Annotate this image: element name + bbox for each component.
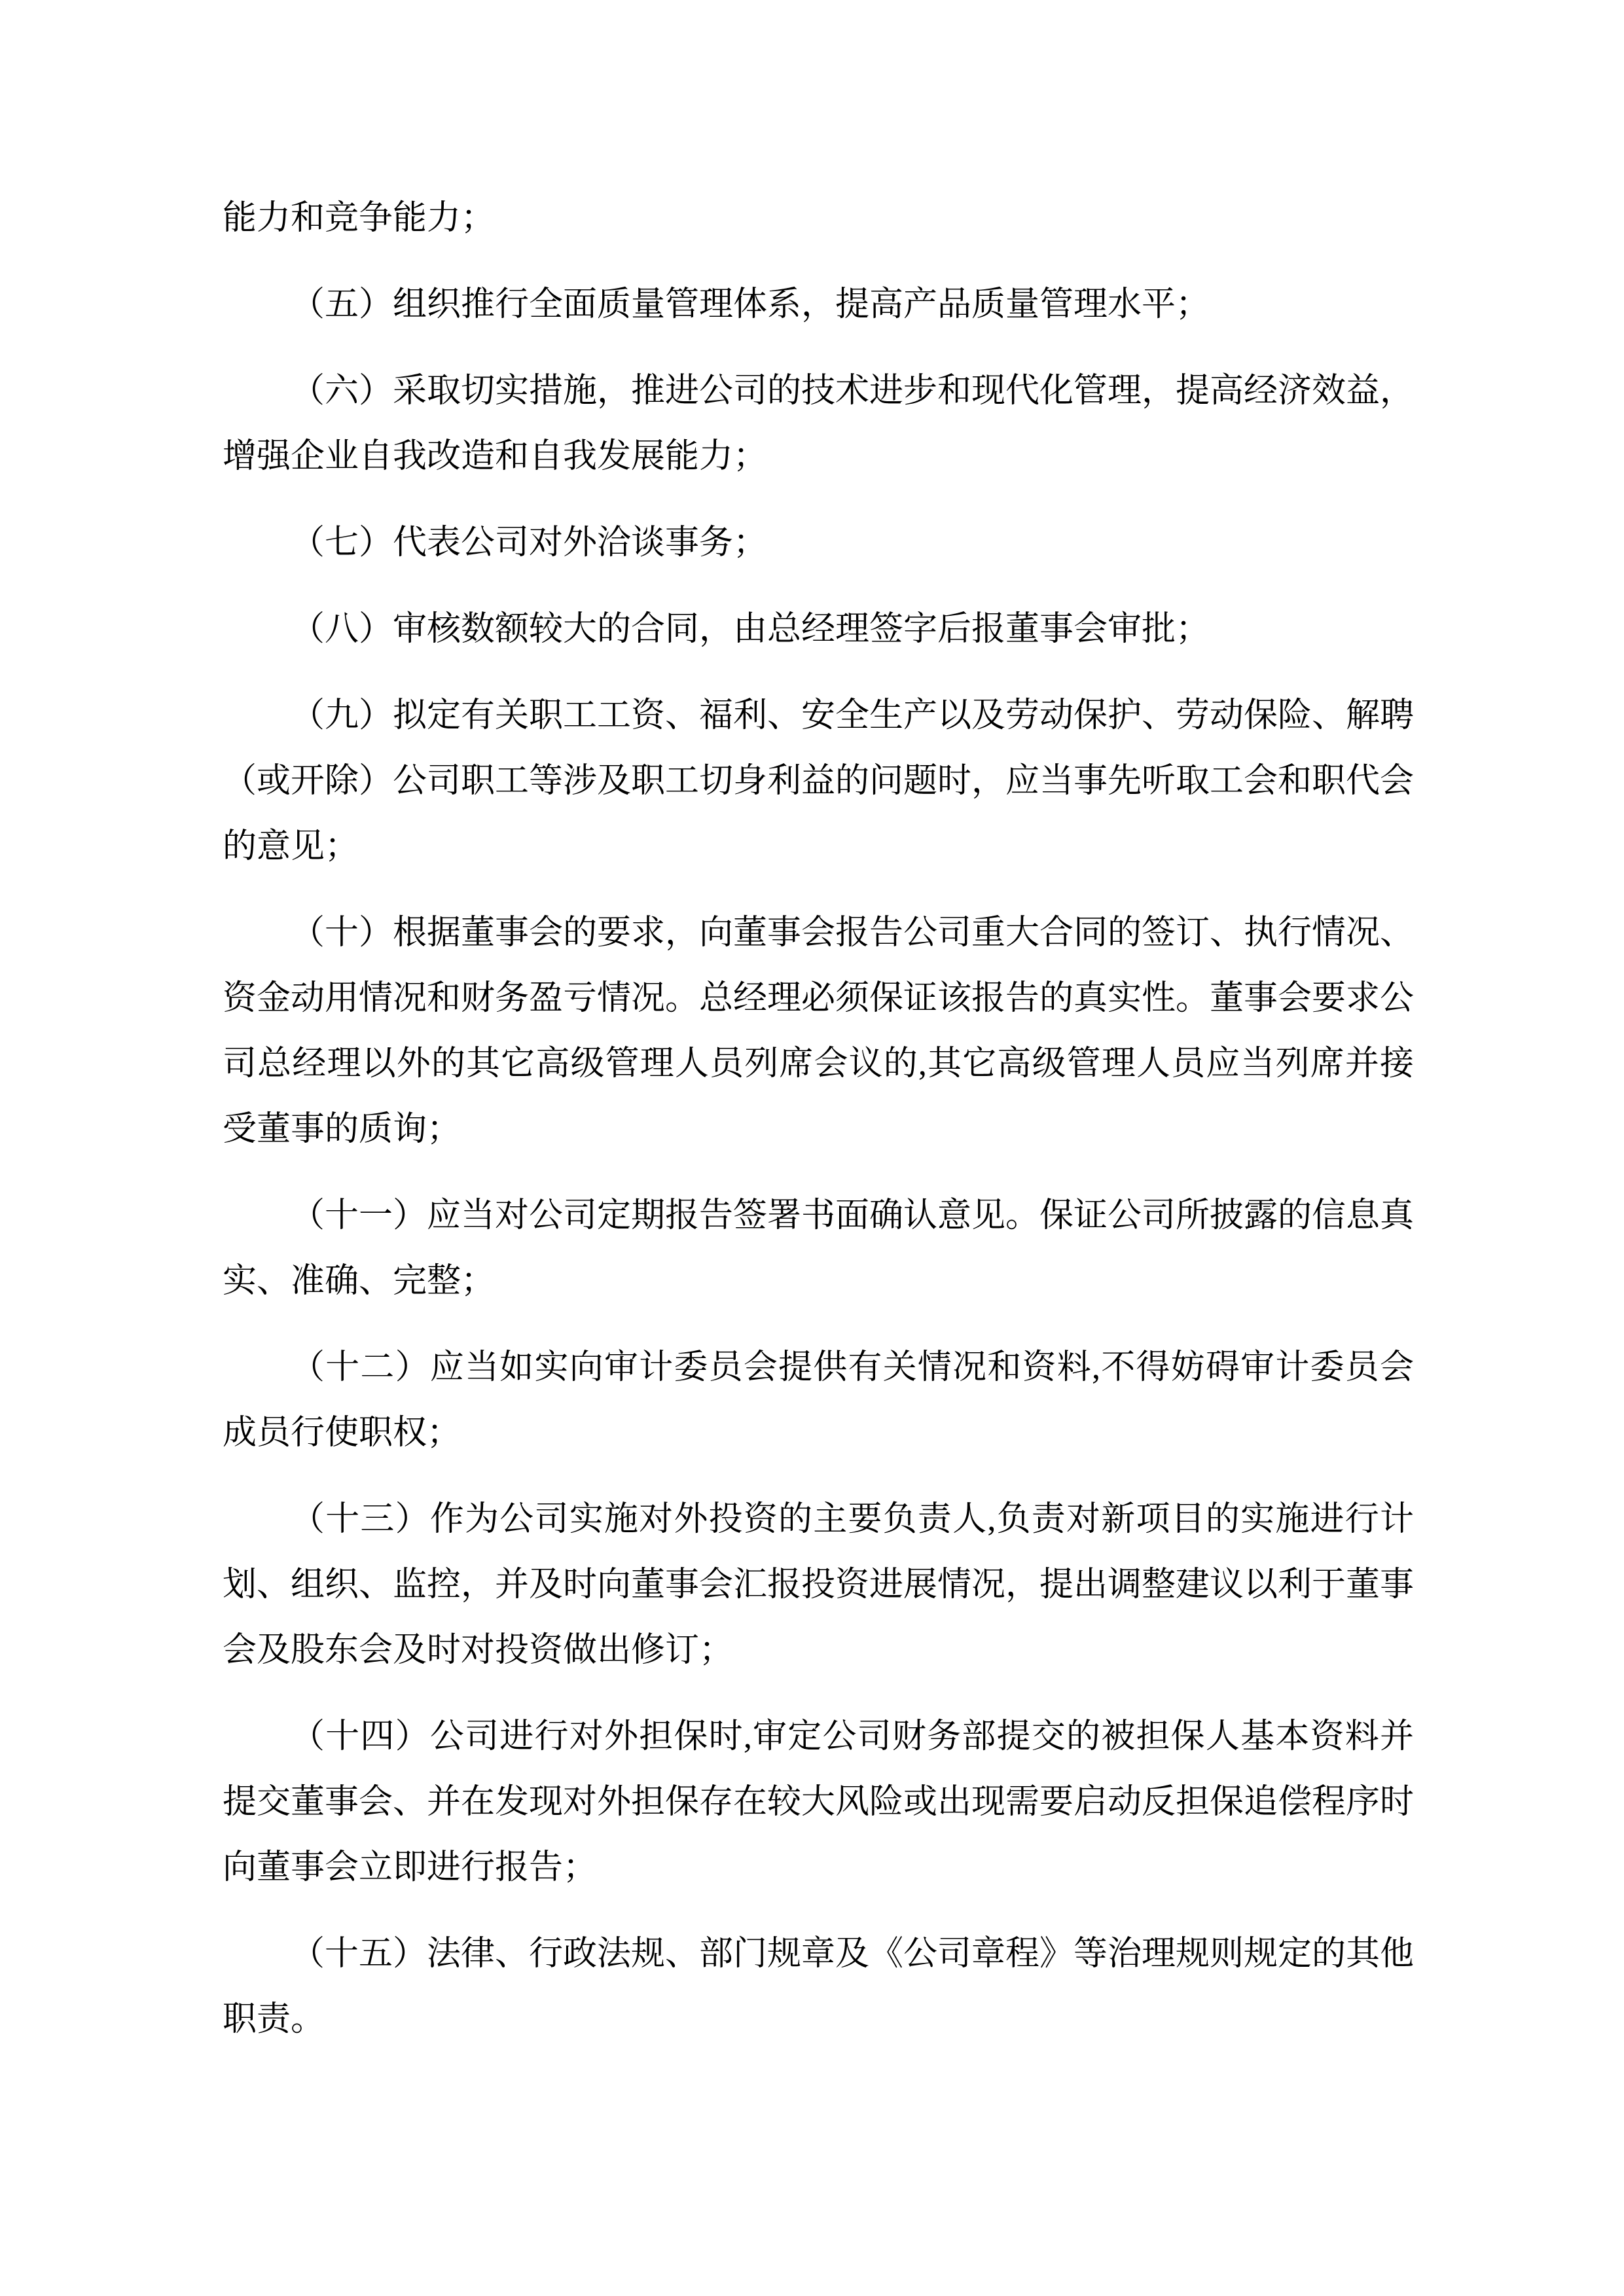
paragraph-item-8: （八）审核数额较大的合同，由总经理签字后报董事会审批； <box>223 597 1414 662</box>
paragraph-item-10: （十）根据董事会的要求，向董事会报告公司重大合同的签订、执行情况、资金动用情况和… <box>223 901 1414 1162</box>
paragraph-item-13: （十三）作为公司实施对外投资的主要负责人,负责对新项目的实施进行计划、组织、监控… <box>223 1487 1414 1683</box>
paragraph-item-9: （九）拟定有关职工工资、福利、安全生产以及劳动保护、劳动保险、解聘（或开除）公司… <box>223 683 1414 880</box>
paragraph-item-11: （十一）应当对公司定期报告签署书面确认意见。保证公司所披露的信息真实、准确、完整… <box>223 1183 1414 1314</box>
paragraph-item-5: （五）组织推行全面质量管理体系，提高产品质量管理水平； <box>223 272 1414 338</box>
paragraph-item-15: （十五）法律、行政法规、部门规章及《公司章程》等治理规则规定的其他职责。 <box>223 1922 1414 2053</box>
paragraph-item-7: （七）代表公司对外洽谈事务； <box>223 511 1414 576</box>
paragraph-item-12: （十二）应当如实向审计委员会提供有关情况和资料,不得妨碍审计委员会成员行使职权； <box>223 1335 1414 1466</box>
document-page: 能力和竞争能力； （五）组织推行全面质量管理体系，提高产品质量管理水平； （六）… <box>0 0 1624 2296</box>
paragraph-item-6: （六）采取切实措施，推进公司的技术进步和现代化管理，提高经济效益，增强企业自我改… <box>223 359 1414 490</box>
paragraph-continuation: 能力和竞争能力； <box>223 186 1414 251</box>
document-body: 能力和竞争能力； （五）组织推行全面质量管理体系，提高产品质量管理水平； （六）… <box>223 186 1414 2053</box>
paragraph-item-14: （十四）公司进行对外担保时,审定公司财务部提交的被担保人基本资料并提交董事会、并… <box>223 1704 1414 1901</box>
